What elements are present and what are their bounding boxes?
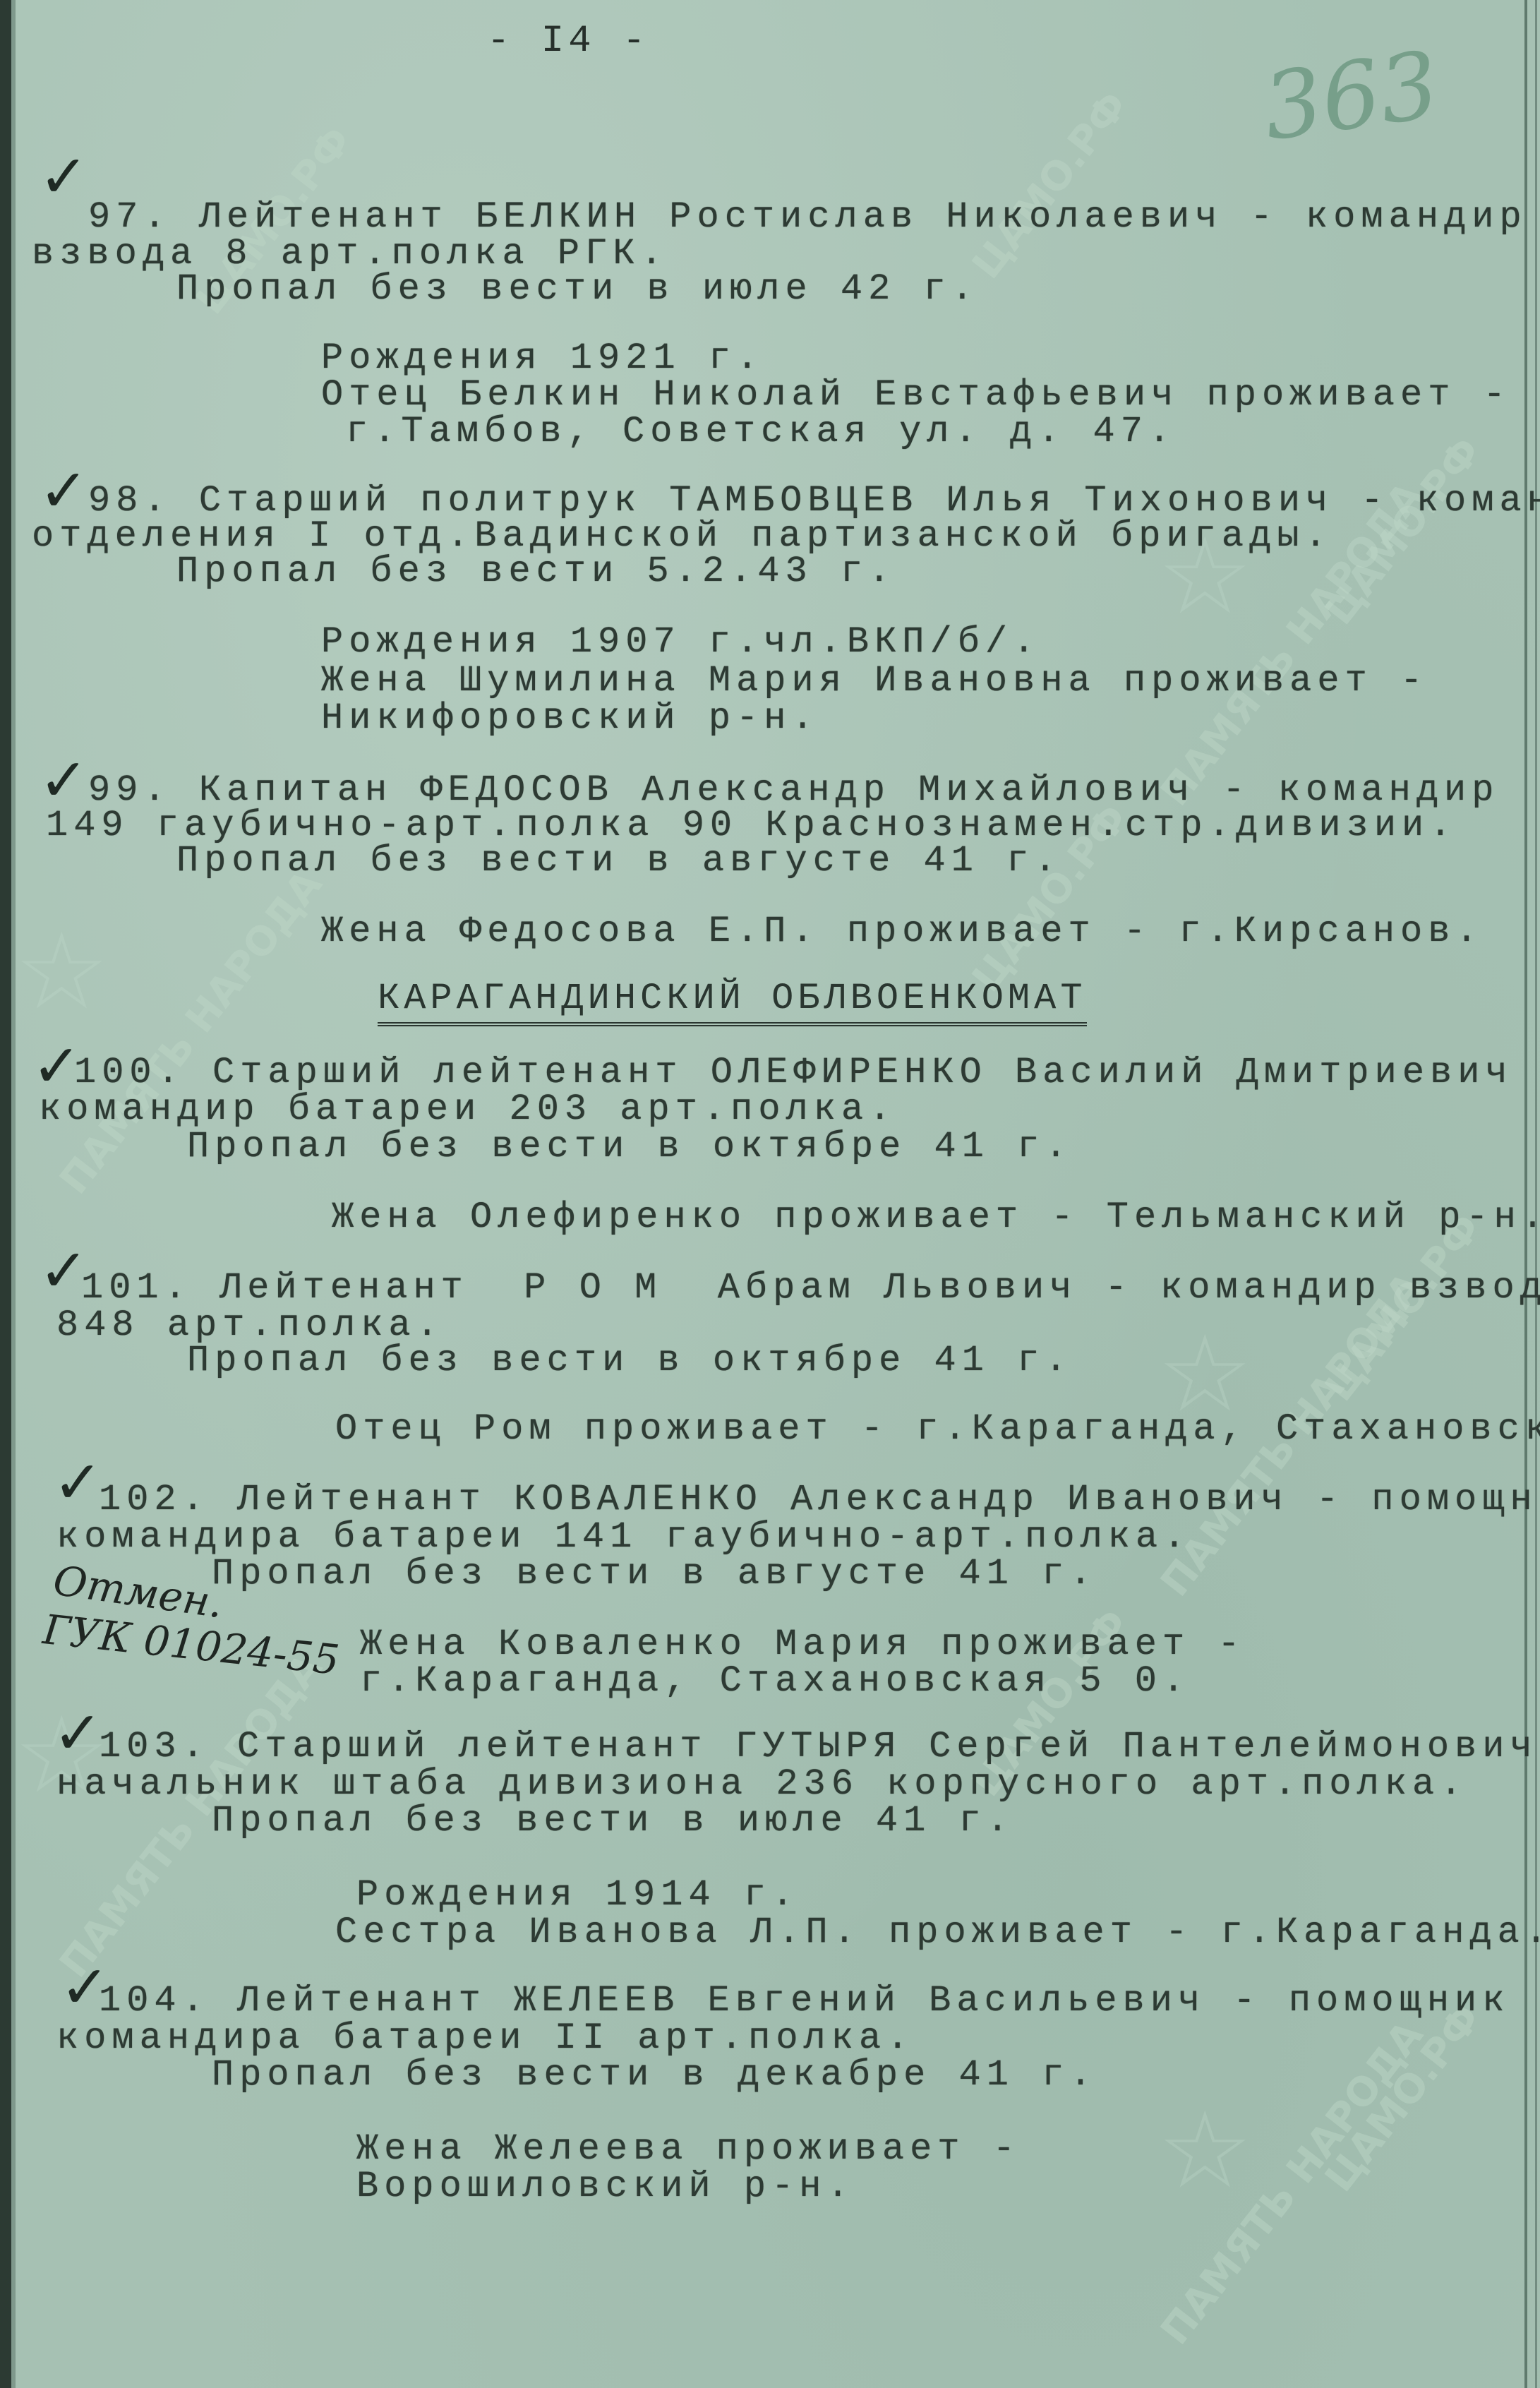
entry-102-line-3: Пропал без вести в августе 41 г. [212,1553,1097,1595]
entry-103-detail-2: Сестра Иванова Л.П. проживает - г.Карага… [335,1912,1540,1954]
entry-100-detail-1: Жена Олефиренко проживает - Тельманский … [332,1196,1540,1239]
page-right-edge-outer [1535,0,1537,2388]
check-mark-icon: ✓ [53,1454,102,1511]
entry-98-detail-1: Рождения 1907 г.чл.ВКП/б/. [321,621,1040,664]
entry-103-line-1: 103. Старший лейтенант ГУТЫРЯ Сергей Пан… [99,1726,1540,1768]
entry-102-detail-2: г.Караганда, Стахановская 5 0. [360,1660,1190,1703]
page-binding-edge [0,0,11,2388]
entry-97-detail-3: г.Тамбов, Советская ул. д. 47. [346,411,1176,453]
entry-97-line-3: Пропал без вести в июле 42 г. [176,268,979,311]
entry-100-line-3: Пропал без вести в октябре 41 г. [187,1126,1073,1168]
section-header-karaganda: КАРАГАНДИНСКИЙ ОБЛВОЕНКОМАТ [378,978,1087,1026]
entry-104-detail-1: Жена Желеева проживает - [356,2128,1021,2171]
check-mark-icon: ✓ [39,148,88,205]
entry-103-line-2: начальник штаба дивизиона 236 корпусного… [56,1763,1467,1806]
entry-98-detail-3: Никифоровский р-н. [321,697,819,740]
entry-102-line-1: 102. Лейтенант КОВАЛЕНКО Александр Ивано… [99,1479,1540,1521]
entry-103-line-3: Пропал без вести в июле 41 г. [212,1800,1014,1842]
entry-97-line-1: 97. Лейтенант БЕЛКИН Ростислав Николаеви… [88,196,1527,239]
check-mark-icon: ✓ [39,752,88,808]
entry-98-detail-2: Жена Шумилина Мария Ивановна проживает - [321,660,1428,702]
entry-104-line-2: командира батареи II арт.полка. [56,2017,914,2060]
watermark-tsamo: ЦАМО.РФ [963,83,1137,287]
entry-100-line-2: командир батареи 203 арт.полка. [39,1088,896,1131]
entry-101-line-3: Пропал без вести в октябре 41 г. [187,1340,1073,1382]
entry-98-line-3: Пропал без вести 5.2.43 г. [176,551,896,593]
entry-99-line-3: Пропал без вести в августе 41 г. [176,840,1062,882]
entry-103-detail-1: Рождения 1914 г. [356,1874,799,1916]
entry-97-detail-2: Отец Белкин Николай Евстафьевич проживае… [321,374,1511,416]
entry-102-line-2: командира батареи 141 гаубично-арт.полка… [56,1516,1191,1559]
entry-102-detail-1: Жена Коваленко Мария проживает - [360,1624,1246,1666]
entry-104-line-3: Пропал без вести в декабре 41 г. [212,2054,1097,2096]
document-page: ЦАМО.РФ ЦАМО.РФ ЦАМО.РФ ЦАМО.РФ ЦАМО.РФ … [0,0,1540,2388]
entry-104-line-1: 104. Лейтенант ЖЕЛЕЕВ Евгений Васильевич… [99,1980,1510,2022]
entry-100-line-1: 100. Старший лейтенант ОЛЕФИРЕНКО Васили… [74,1052,1540,1094]
page-binding-shadow [11,0,16,2388]
entry-99-detail-1: Жена Федосова Е.П. проживает - г.Кирсано… [321,911,1484,953]
watermark-star-icon: ☆ [14,911,109,1033]
watermark-star-icon: ☆ [1157,2089,1252,2212]
entry-101-line-1: 101. Лейтенант Р О М Абрам Львович - ком… [81,1267,1540,1309]
entry-97-detail-1: Рождения 1921 г. [321,337,764,380]
check-mark-icon: ✓ [53,1705,102,1761]
entry-104-detail-2: Ворошиловский р-н. [356,2166,855,2208]
archive-page-number-handwritten: 363 [1257,30,1445,161]
entry-101-detail-1: Отец Ром проживает - г.Караганда, Стахан… [335,1408,1540,1451]
page-right-edge [1524,0,1527,2388]
check-mark-icon: ✓ [39,462,88,519]
page-number: - I4 - [487,20,649,63]
